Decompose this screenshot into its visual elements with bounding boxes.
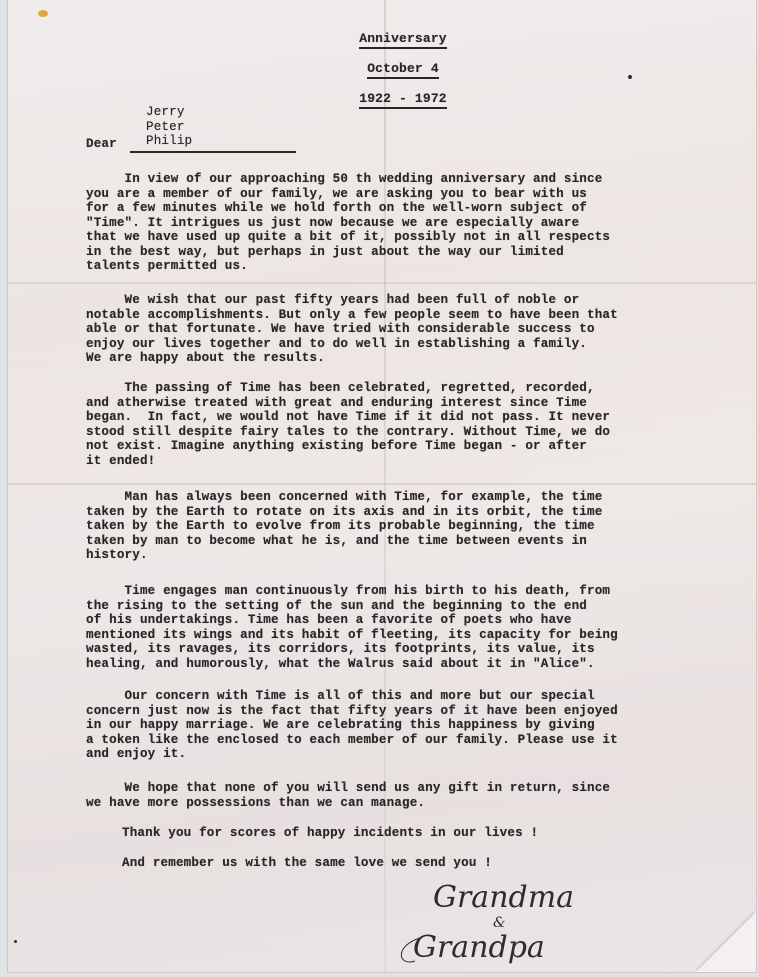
paper-stain xyxy=(38,10,48,17)
folded-corner xyxy=(696,912,756,972)
handwritten-signature: Grandma & Grandpa xyxy=(393,875,633,970)
years-text: 1922 - 1972 xyxy=(359,91,446,109)
recipient-name: Jerry xyxy=(146,105,192,120)
ink-speck xyxy=(14,940,17,943)
signature-drawing: Grandma & Grandpa xyxy=(393,875,633,970)
recipient-name: Philip xyxy=(146,134,192,149)
letter-years: 1922 - 1972 xyxy=(29,91,758,106)
closing-line: And remember us with the same love we se… xyxy=(122,856,492,870)
paragraph: Man has always been concerned with Time,… xyxy=(86,490,602,563)
date-text: October 4 xyxy=(367,61,439,79)
recipient-name: Peter xyxy=(146,120,192,135)
signature-line-2: Grandpa xyxy=(413,930,545,965)
letter-title: Anniversary xyxy=(29,31,758,46)
letter-page: Anniversary October 4 1922 - 1972 JerryP… xyxy=(8,0,756,972)
paragraph: Our concern with Time is all of this and… xyxy=(86,689,618,762)
recipient-list: JerryPeterPhilip xyxy=(146,105,192,149)
salutation-underline xyxy=(130,151,296,153)
letter-date: October 4 xyxy=(29,61,758,76)
title-text: Anniversary xyxy=(359,31,446,49)
signature-connector: & xyxy=(493,915,505,931)
closing-line: Thank you for scores of happy incidents … xyxy=(122,826,538,840)
salutation: Dear xyxy=(86,137,117,151)
horizontal-fold-crease xyxy=(8,483,756,485)
paragraph: In view of our approaching 50 th wedding… xyxy=(86,172,610,274)
paragraph: We hope that none of you will send us an… xyxy=(86,781,610,810)
paragraph: We wish that our past fifty years had be… xyxy=(86,293,618,366)
paragraph: Time engages man continuously from his b… xyxy=(86,584,618,671)
paragraph: The passing of Time has been celebrated,… xyxy=(86,381,610,468)
horizontal-fold-crease xyxy=(8,282,756,284)
signature-line-1: Grandma xyxy=(433,880,574,915)
